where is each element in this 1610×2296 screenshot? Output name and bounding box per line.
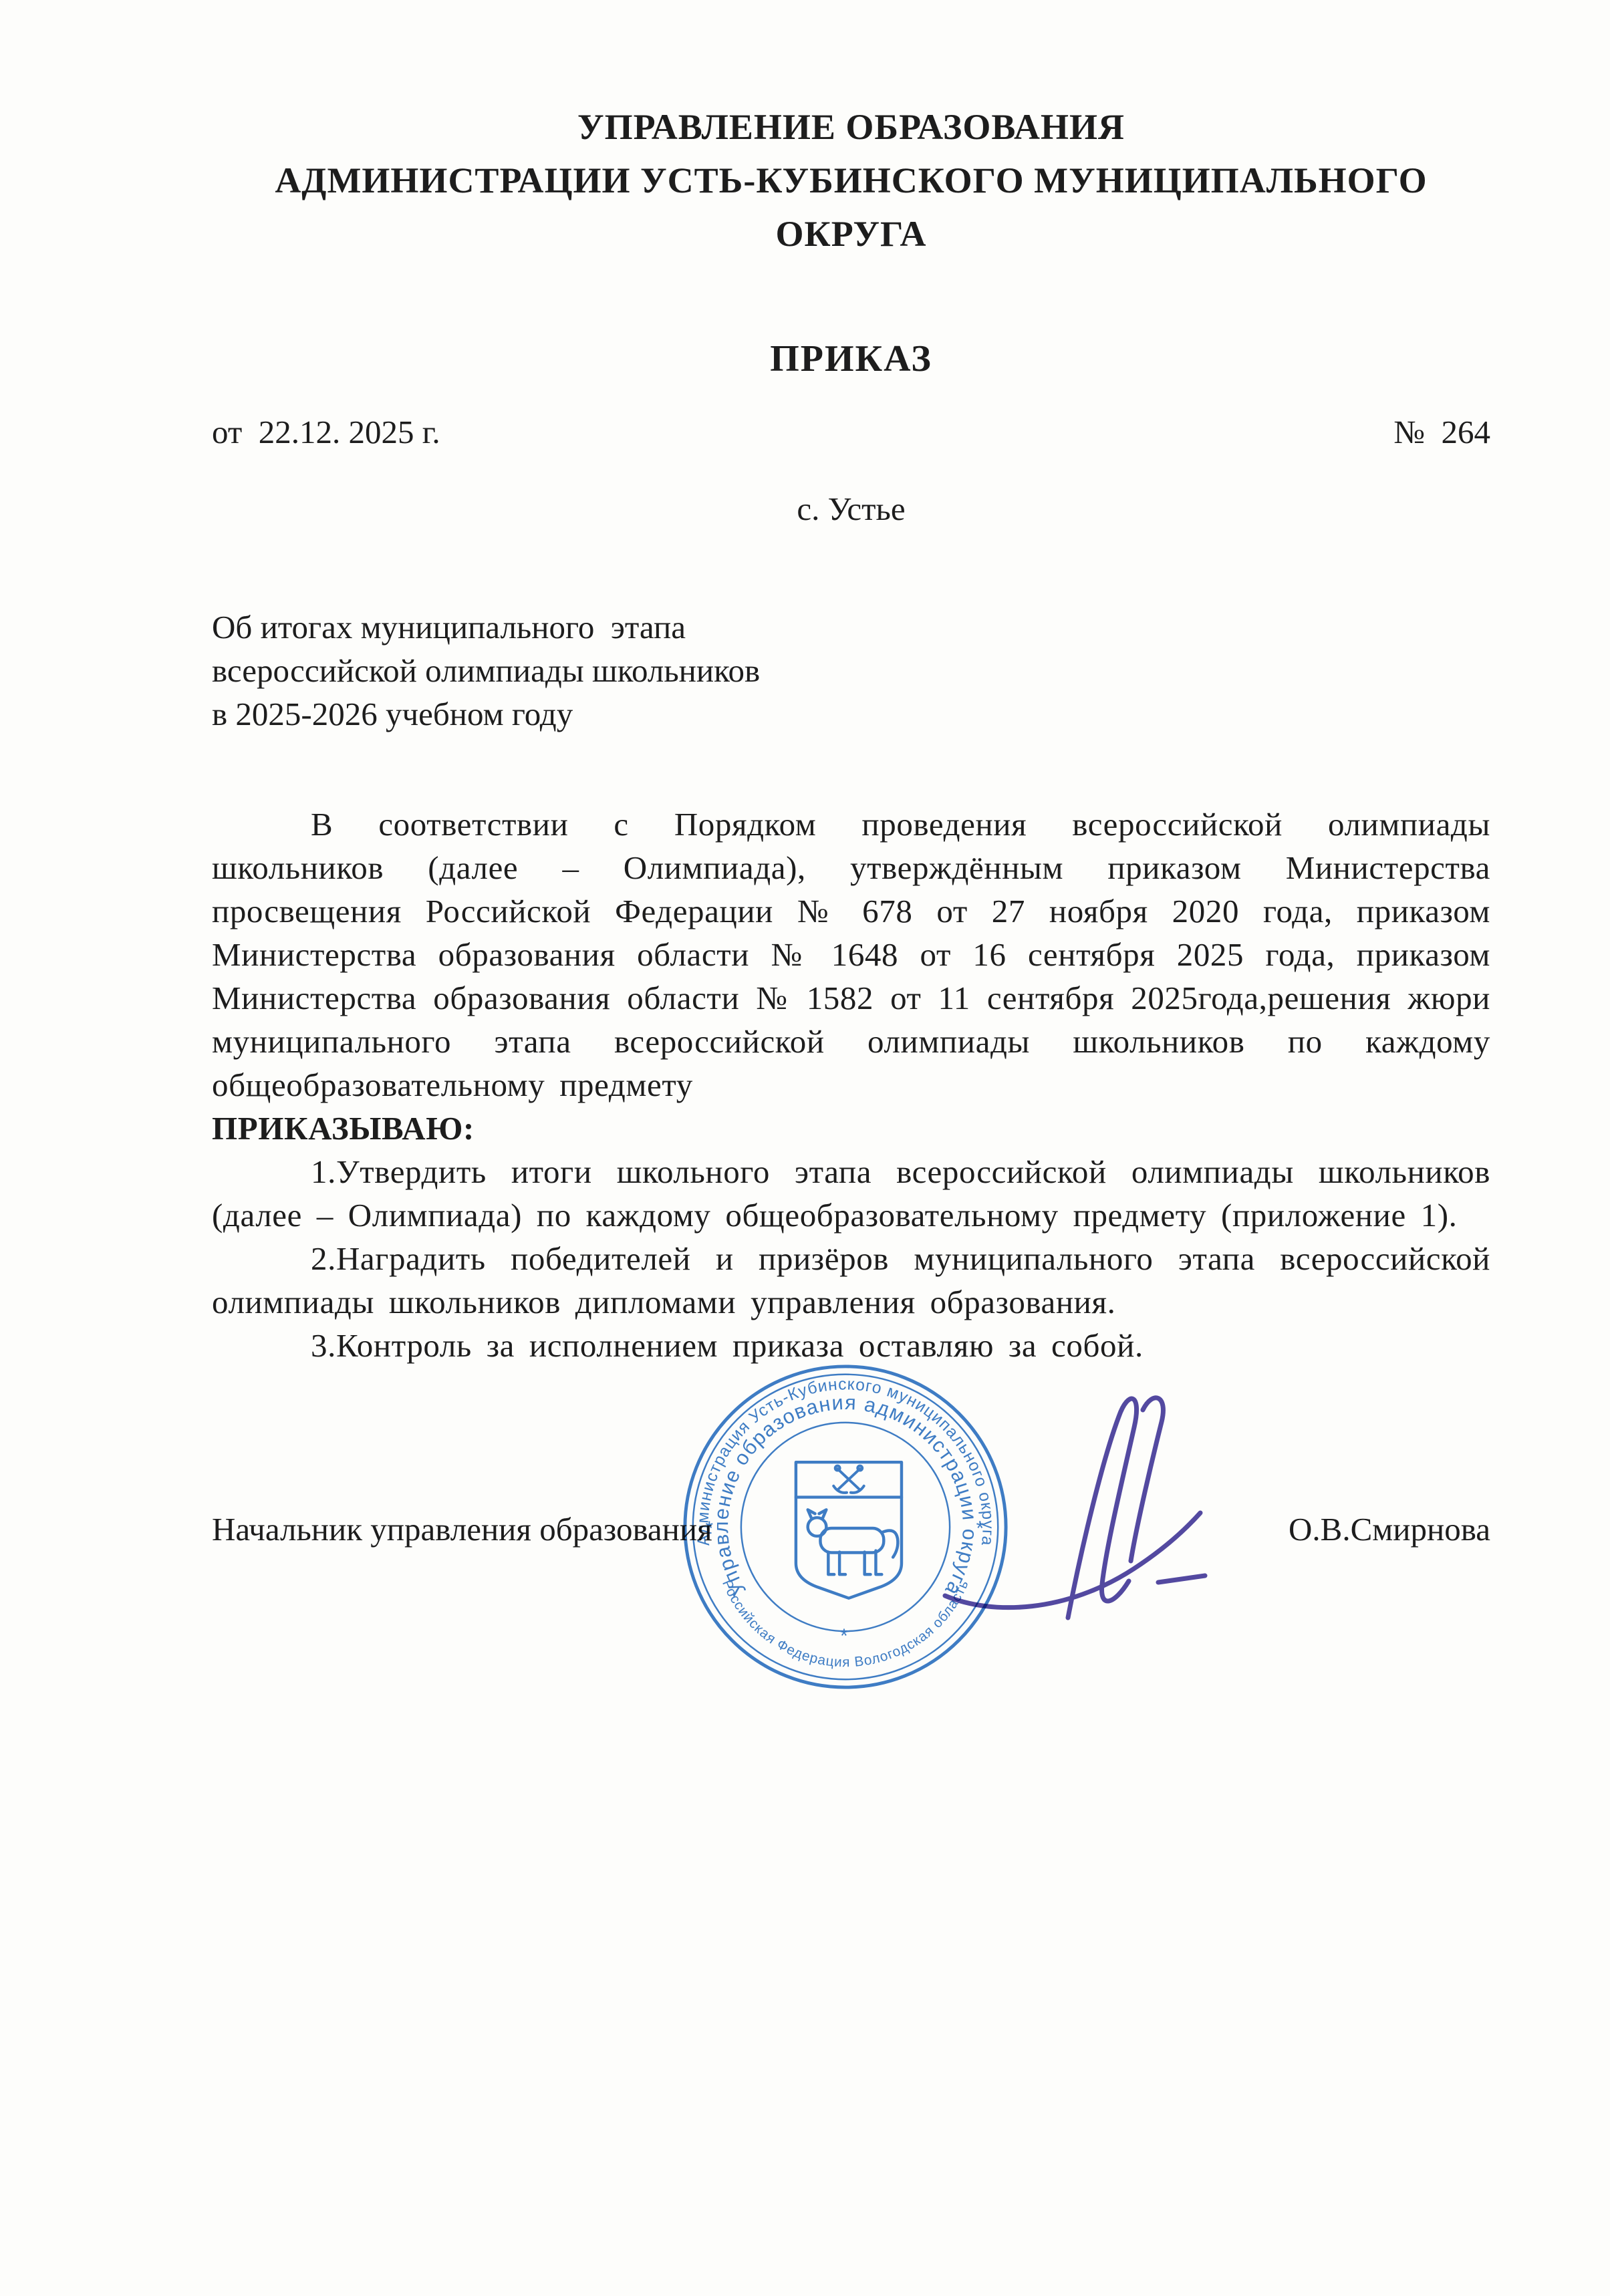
scanned-order-document-page: УПРАВЛЕНИЕ ОБРАЗОВАНИЯ АДМИНИСТРАЦИИ УСТ… [0, 0, 1610, 2296]
organization-name-line2: АДМИНИСТРАЦИИ УСТЬ-КУБИНСКОГО МУНИЦИПАЛЬ… [212, 154, 1490, 261]
organization-header: УПРАВЛЕНИЕ ОБРАЗОВАНИЯ АДМИНИСТРАЦИИ УСТ… [212, 100, 1490, 261]
resolution-label: ПРИКАЗЫВАЮ: [212, 1107, 1490, 1150]
document-date: от 22.12. 2025 г. [212, 410, 440, 454]
document-body: УПРАВЛЕНИЕ ОБРАЗОВАНИЯ АДМИНИСТРАЦИИ УСТ… [212, 100, 1490, 1367]
document-type-title: ПРИКАЗ [212, 335, 1490, 382]
handwritten-signature [934, 1381, 1208, 1634]
subject-line1: Об итогах муниципального этапа [212, 605, 1490, 649]
order-item: 2.Наградить победителей и призёров муниц… [212, 1237, 1490, 1324]
date-number-row: от 22.12. 2025 г. № 264 [212, 410, 1490, 454]
document-main-text: В соответствии с Порядком проведения все… [212, 803, 1490, 1367]
subject-line3: в 2025-2026 учебном году [212, 692, 1490, 736]
document-number: № 264 [1393, 410, 1490, 454]
subject-line2: всероссийской олимпиады школьников [212, 649, 1490, 692]
document-place: с. Устье [212, 487, 1490, 531]
signature-stroke [1158, 1576, 1205, 1582]
order-item: 1.Утвердить итоги школьного этапа всерос… [212, 1150, 1490, 1237]
coat-of-arms-shield [796, 1462, 902, 1598]
lynx-icon [808, 1510, 898, 1574]
preamble-paragraph: В соответствии с Порядком проведения все… [212, 803, 1490, 1107]
stamp-separator-left-icon: * [706, 1518, 714, 1540]
stamp-separator-bottom-icon: * [840, 1625, 848, 1647]
signer-position: Начальник управления образования [212, 1508, 712, 1551]
organization-name-line1: УПРАВЛЕНИЕ ОБРАЗОВАНИЯ [212, 100, 1490, 154]
order-item: 3.Контроль за исполнением приказа оставл… [212, 1324, 1490, 1367]
signer-name: О.В.Смирнова [1289, 1508, 1490, 1551]
document-subject: Об итогах муниципального этапа всероссий… [212, 605, 1490, 736]
crossed-anchors-icon [833, 1466, 863, 1493]
